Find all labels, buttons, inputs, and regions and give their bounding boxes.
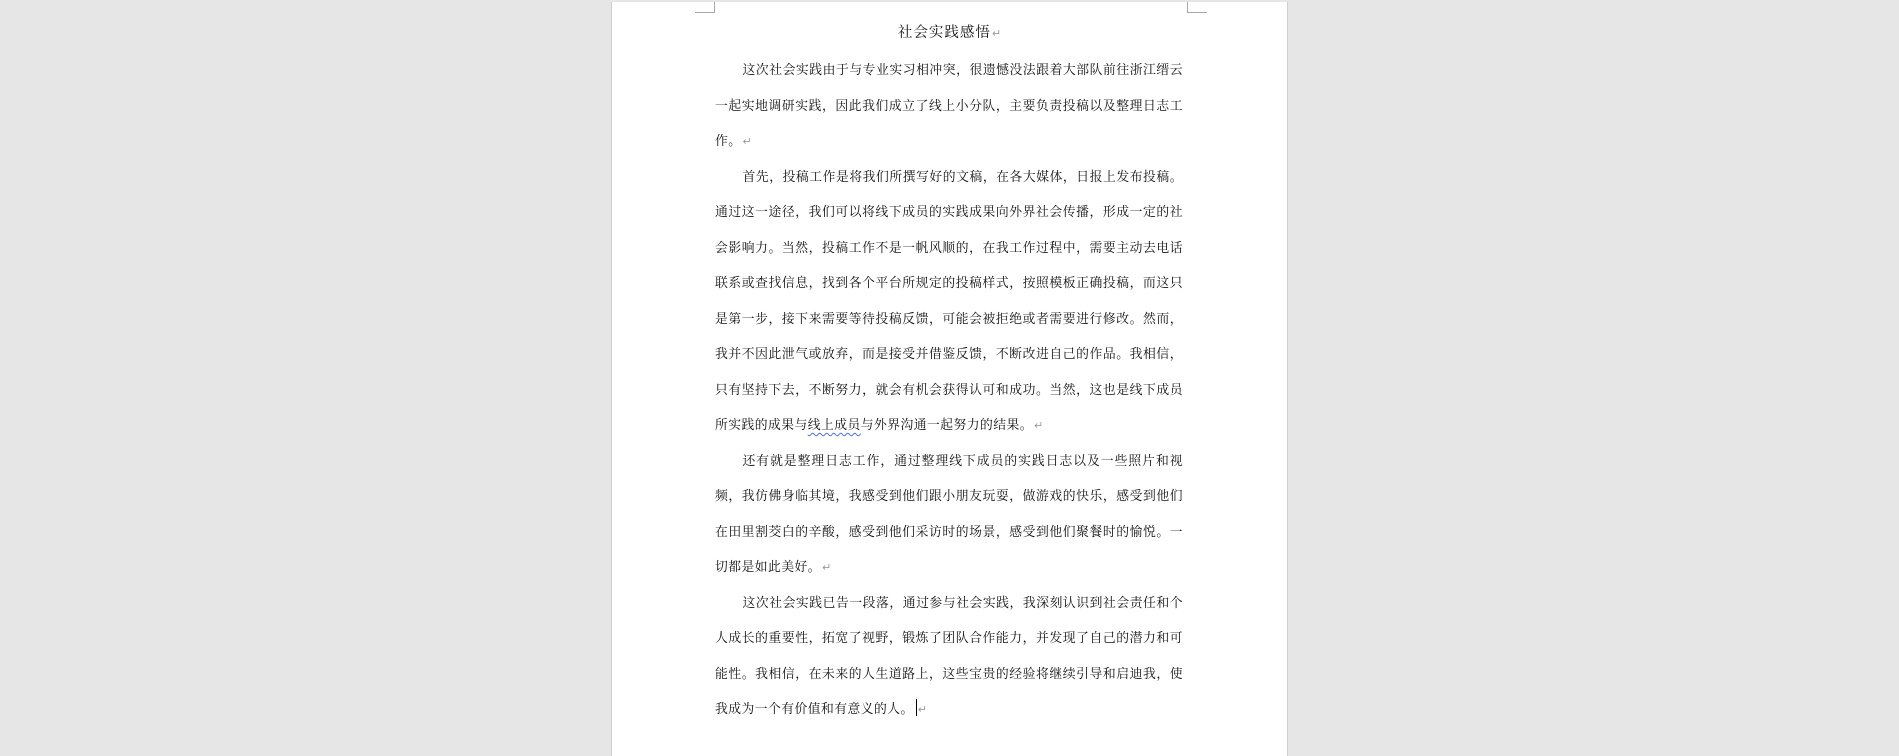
paragraph-text: 这次社会实践由于与专业实习相冲突，很遗憾没法跟着大部队前往浙江缙云一起实地调研实…: [715, 63, 1183, 149]
document-body[interactable]: 这次社会实践由于与专业实习相冲突，很遗憾没法跟着大部队前往浙江缙云一起实地调研实…: [715, 53, 1183, 728]
paragraph-4[interactable]: 这次社会实践已告一段落，通过参与社会实践，我深刻认识到社会责任和个人成长的重要性…: [715, 586, 1183, 728]
document-page[interactable]: 社会实践感悟↵ 这次社会实践由于与专业实习相冲突，很遗憾没法跟着大部队前往浙江缙…: [611, 2, 1288, 756]
text-cursor: [916, 699, 917, 716]
paragraph-1[interactable]: 这次社会实践由于与专业实习相冲突，很遗憾没法跟着大部队前往浙江缙云一起实地调研实…: [715, 53, 1183, 160]
paragraph-3[interactable]: 还有就是整理日志工作，通过整理线下成员的实践日志以及一些照片和视频，我仿佛身临其…: [715, 444, 1183, 586]
document-title-text: 社会实践感悟: [898, 25, 991, 41]
paragraph-2[interactable]: 首先，投稿工作是将我们所撰写好的文稿，在各大媒体，日报上发布投稿。通过这一途径，…: [715, 160, 1183, 444]
paragraph-mark-icon: ↵: [1034, 419, 1043, 432]
paragraph-mark-icon: ↵: [992, 27, 1001, 40]
paragraph-text: 这次社会实践已告一段落，通过参与社会实践，我深刻认识到社会责任和个人成长的重要性…: [715, 596, 1183, 718]
paragraph-text: 首先，投稿工作是将我们所撰写好的文稿，在各大媒体，日报上发布投稿。通过这一途径，…: [715, 170, 1183, 434]
margin-corner-mark-right: [1187, 2, 1207, 13]
paragraph-text: 还有就是整理日志工作，通过整理线下成员的实践日志以及一些照片和视频，我仿佛身临其…: [715, 454, 1183, 576]
paragraph-mark-icon: ↵: [822, 561, 831, 574]
paragraph-text-continued: 与外界沟通一起努力的结果。: [861, 418, 1033, 433]
paragraph-mark-icon: ↵: [743, 135, 752, 148]
paragraph-mark-icon: ↵: [918, 703, 927, 716]
margin-corner-mark-left: [695, 2, 715, 13]
editor-canvas: 社会实践感悟↵ 这次社会实践由于与专业实习相冲突，很遗憾没法跟着大部队前往浙江缙…: [0, 0, 1899, 756]
document-title[interactable]: 社会实践感悟↵: [612, 22, 1287, 45]
spellcheck-flagged-text[interactable]: 线上成员: [808, 418, 861, 433]
